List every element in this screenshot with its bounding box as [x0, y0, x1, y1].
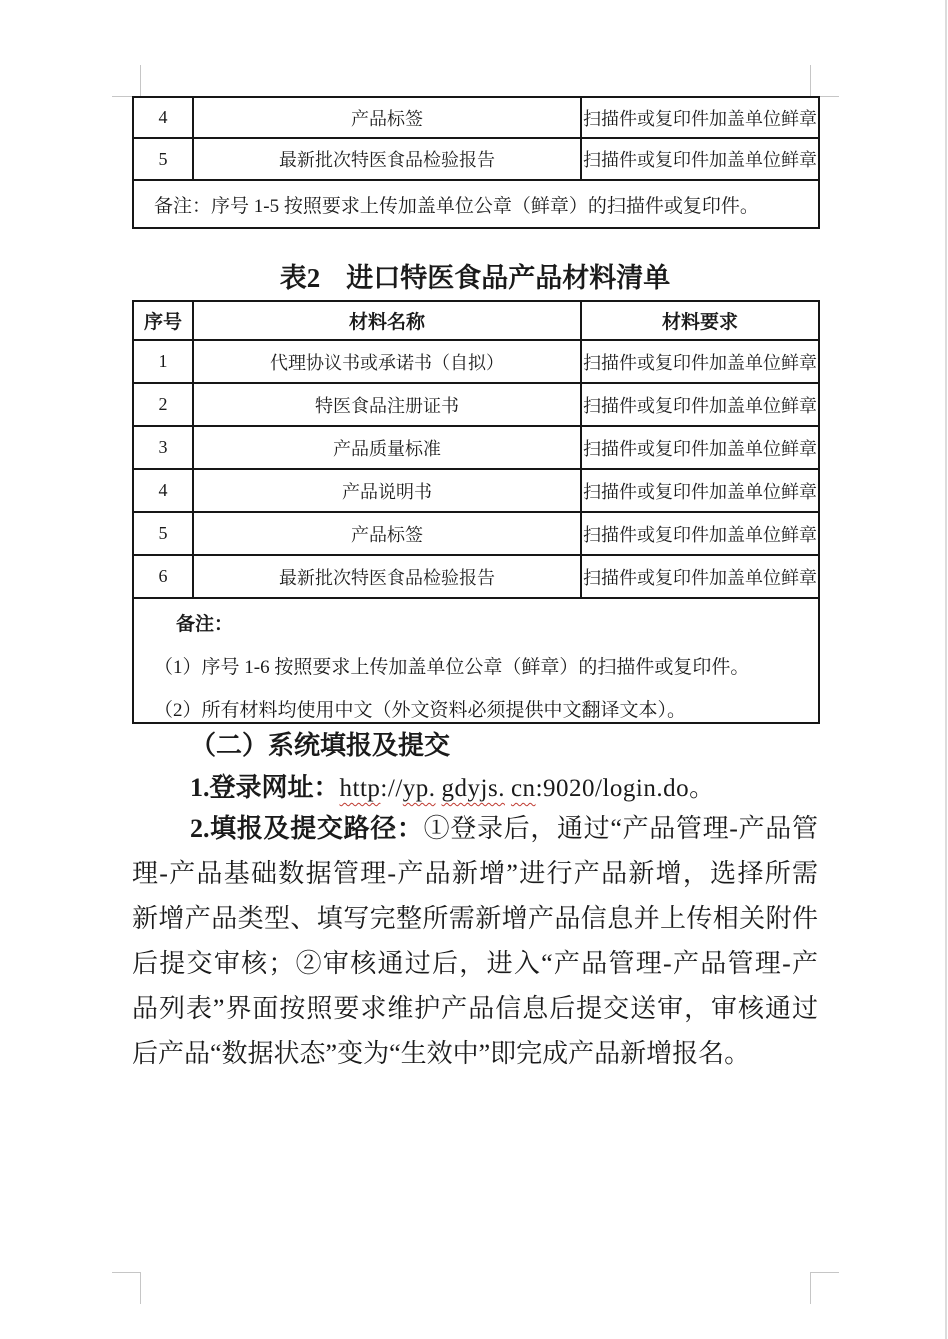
cell-material-name: 特医食品注册证书: [193, 383, 581, 426]
header-material-req: 材料要求: [581, 301, 819, 340]
cell-material-req: 扫描件或复印件加盖单位鲜章: [581, 512, 819, 555]
table-note-row: 备注： （1）序号 1-6 按照要求上传加盖单位公章（鲜章）的扫描件或复印件。 …: [133, 598, 819, 723]
url-seg-sep: ://: [380, 775, 402, 802]
cell-material-name: 产品标签: [193, 512, 581, 555]
cell-seq: 5: [133, 138, 193, 180]
header-material-name: 材料名称: [193, 301, 581, 340]
cell-seq: 4: [133, 469, 193, 512]
table2-caption-title: 进口特医食品产品材料清单: [346, 263, 670, 293]
table2-note-line: （2）所有材料均使用中文（外文资料必须提供中文翻译文本）。: [154, 695, 818, 722]
crop-mark-bottom-left: [112, 1272, 141, 1304]
url-seg-period: 。: [689, 775, 715, 802]
paragraph-line: 2.填报及提交路径：①登录后，通过“产品管理-产品管: [132, 806, 818, 851]
document-page: 4 产品标签 扫描件或复印件加盖单位鲜章 5 最新批次特医食品检验报告 扫描件或…: [0, 0, 948, 1339]
table-row: 3 产品质量标准 扫描件或复印件加盖单位鲜章: [133, 426, 819, 469]
table-row: 5 产品标签 扫描件或复印件加盖单位鲜章: [133, 512, 819, 555]
submission-paragraph: 2.填报及提交路径：①登录后，通过“产品管理-产品管 理-产品基础数据管理-产品…: [132, 806, 818, 1076]
table1-continued: 4 产品标签 扫描件或复印件加盖单位鲜章 5 最新批次特医食品检验报告 扫描件或…: [132, 96, 820, 229]
paragraph-line: 后提交审核；②审核通过后，进入“产品管理-产品管理-产: [132, 941, 818, 986]
login-url-label: 1.登录网址：: [190, 773, 340, 802]
table2-note-line: （1）序号 1-6 按照要求上传加盖单位公章（鲜章）的扫描件或复印件。: [154, 652, 818, 679]
cell-seq: 2: [133, 383, 193, 426]
table-row: 1 代理协议书或承诺书（自拟） 扫描件或复印件加盖单位鲜章: [133, 340, 819, 383]
cell-material-req: 扫描件或复印件加盖单位鲜章: [581, 469, 819, 512]
crop-mark-top-left: [112, 65, 141, 97]
table-header-row: 序号 材料名称 材料要求: [133, 301, 819, 340]
login-url-line: 1.登录网址：http://yp.gdyjs.cn:9020/login.do。: [132, 767, 818, 809]
paragraph-line: 后产品“数据状态”变为“生效中”即完成产品新增报名。: [132, 1031, 818, 1076]
table-note-row: 备注：序号 1-5 按照要求上传加盖单位公章（鲜章）的扫描件或复印件。: [133, 180, 819, 228]
url-seg-rest: :9020/login.do: [536, 775, 690, 802]
paragraph-line: 理-产品基础数据管理-产品新增”进行产品新增，选择所需: [132, 851, 818, 896]
cell-material-name: 代理协议书或承诺书（自拟）: [193, 340, 581, 383]
cell-material-req: 扫描件或复印件加盖单位鲜章: [581, 97, 819, 138]
cell-material-req: 扫描件或复印件加盖单位鲜章: [581, 426, 819, 469]
paragraph-label: 2.填报及提交路径：: [190, 814, 424, 843]
cell-material-name: 产品说明书: [193, 469, 581, 512]
url-seg-gdyjs: gdyjs.: [442, 775, 505, 802]
paragraph-text: ①登录后，通过“产品管理-产品管: [424, 814, 818, 843]
crop-mark-top-right: [810, 65, 839, 97]
table2-caption: 表2进口特医食品产品材料清单: [132, 260, 818, 296]
paragraph-line: 新增产品类型、填写完整所需新增产品信息并上传相关附件: [132, 896, 818, 941]
cell-material-req: 扫描件或复印件加盖单位鲜章: [581, 555, 819, 598]
table2: 序号 材料名称 材料要求 1 代理协议书或承诺书（自拟） 扫描件或复印件加盖单位…: [132, 300, 820, 724]
table-row: 4 产品标签 扫描件或复印件加盖单位鲜章: [133, 97, 819, 138]
page-right-edge: [945, 0, 947, 1339]
table-row: 5 最新批次特医食品检验报告 扫描件或复印件加盖单位鲜章: [133, 138, 819, 180]
crop-mark-bottom-right: [810, 1272, 839, 1304]
cell-material-req: 扫描件或复印件加盖单位鲜章: [581, 138, 819, 180]
login-url: http://yp.gdyjs.cn:9020/login.do。: [340, 775, 715, 802]
cell-seq: 4: [133, 97, 193, 138]
section-heading: （二）系统填报及提交: [132, 727, 818, 765]
table-row: 4 产品说明书 扫描件或复印件加盖单位鲜章: [133, 469, 819, 512]
table1-note: 备注：序号 1-5 按照要求上传加盖单位公章（鲜章）的扫描件或复印件。: [134, 191, 818, 218]
url-seg-yp: yp.: [403, 775, 436, 802]
table2-note-cell: 备注： （1）序号 1-6 按照要求上传加盖单位公章（鲜章）的扫描件或复印件。 …: [133, 598, 819, 723]
cell-seq: 5: [133, 512, 193, 555]
cell-material-name: 最新批次特医食品检验报告: [193, 138, 581, 180]
table-row: 6 最新批次特医食品检验报告 扫描件或复印件加盖单位鲜章: [133, 555, 819, 598]
cell-seq: 3: [133, 426, 193, 469]
table-row: 2 特医食品注册证书 扫描件或复印件加盖单位鲜章: [133, 383, 819, 426]
url-seg-cn: cn: [511, 775, 536, 802]
cell-material-name: 产品标签: [193, 97, 581, 138]
paragraph-line: 品列表”界面按照要求维护产品信息后提交送审，审核通过: [132, 986, 818, 1031]
cell-material-req: 扫描件或复印件加盖单位鲜章: [581, 340, 819, 383]
cell-material-name: 最新批次特医食品检验报告: [193, 555, 581, 598]
table2-note-label: 备注：: [176, 609, 818, 636]
cell-seq: 1: [133, 340, 193, 383]
cell-material-req: 扫描件或复印件加盖单位鲜章: [581, 383, 819, 426]
table1-note-cell: 备注：序号 1-5 按照要求上传加盖单位公章（鲜章）的扫描件或复印件。: [133, 180, 819, 228]
table2-caption-label: 表2: [280, 263, 321, 293]
url-seg-http: http: [340, 775, 381, 802]
cell-seq: 6: [133, 555, 193, 598]
header-seq: 序号: [133, 301, 193, 340]
cell-material-name: 产品质量标准: [193, 426, 581, 469]
